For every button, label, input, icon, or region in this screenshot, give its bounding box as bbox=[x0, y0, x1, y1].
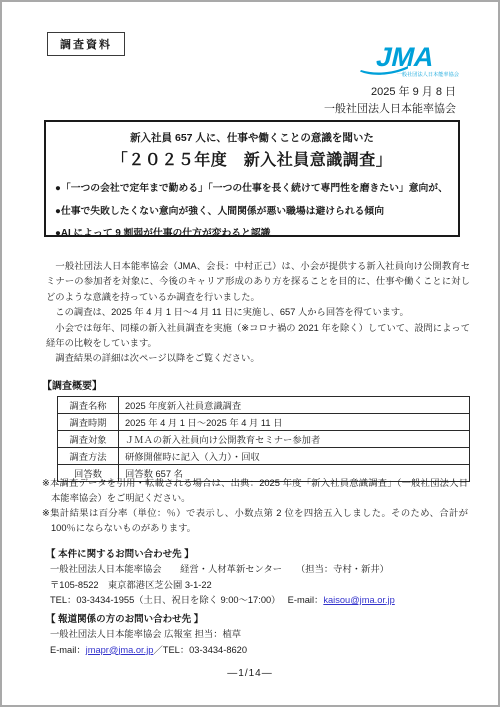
body-paragraph-1: 一般社団法人日本能率協会（JMA、会長：中村正己）は、小会が提供する新入社員向け… bbox=[46, 259, 470, 305]
jma-logo-graphic: JMA 一般社団法人日本能率協会 bbox=[358, 40, 460, 80]
row-label: 調査時期 bbox=[58, 414, 119, 431]
contact-general-tel: TEL：03-3434-1955（土日、祝日を除く 9:00～17:00） E-… bbox=[50, 595, 323, 605]
row-value: 研修開催時に記入（入力）・回収 bbox=[119, 448, 470, 465]
contact-press-section: 【 報道関係の方のお問い合わせ先 】 一般社団法人日本能率協会 広報室 担当：植… bbox=[46, 612, 247, 658]
contact-press-email-tel: E-mail：jmapr@jma.or.jp／TEL：03-3434-8620 bbox=[46, 643, 247, 658]
row-value: 2025 年 4 月 1 日～2025 年 4 月 11 日 bbox=[119, 414, 470, 431]
headline-bullet-2: ●仕事で失敗したくない意向が強く、人間関係が悪い職場は避けられる傾向 bbox=[55, 203, 450, 217]
page-number: ―1/14― bbox=[2, 668, 498, 679]
doc-type-label-box: 調査資料 bbox=[47, 32, 125, 56]
row-label: 調査方法 bbox=[58, 448, 119, 465]
body-paragraph-3: 小会では毎年、同様の新入社員調査を実施（※コロナ禍の 2021 年を除く）してい… bbox=[46, 321, 470, 352]
survey-overview-section: 【調査概要】 調査名称 2025 年度新入社員意識調査 調査時期 2025 年 … bbox=[42, 377, 470, 482]
contact-general-section: 【 本件に関するお問い合わせ先 】 一般社団法人日本能率協会 経営・人材革新セン… bbox=[46, 547, 395, 608]
survey-overview-table: 調査名称 2025 年度新入社員意識調査 調査時期 2025 年 4 月 1 日… bbox=[57, 396, 470, 482]
note-rounding: ※集計結果は百分率（単位：％）で表示し、小数点第 2 位を四捨五入しました。その… bbox=[42, 506, 468, 536]
headline-bullet-list: ●「一つの会社で定年まで勤める」「一つの仕事を長く続けて専門性を磨きたい」意向が… bbox=[55, 180, 450, 239]
contact-press-heading: 【 報道関係の方のお問い合わせ先 】 bbox=[46, 612, 247, 627]
email-link-kaisou[interactable]: kaisou@jma.or.jp bbox=[323, 595, 394, 605]
headline-subtitle: 新入社員 657 人に、仕事や働くことの意識を聞いた bbox=[46, 130, 458, 145]
headline-title: 「２０２５年度 新入社員意識調査」 bbox=[46, 147, 458, 170]
table-row: 調査方法 研修開催時に記入（入力）・回収 bbox=[58, 448, 470, 465]
doc-type-label: 調査資料 bbox=[60, 36, 112, 52]
contact-general-org: 一般社団法人日本能率協会 経営・人材革新センター （担当：寺村・新井） bbox=[46, 562, 395, 577]
email-link-jmapr[interactable]: jmapr@jma.or.jp bbox=[86, 645, 154, 655]
body-paragraphs: 一般社団法人日本能率協会（JMA、会長：中村正己）は、小会が提供する新入社員向け… bbox=[46, 259, 470, 367]
jma-logo: JMA 一般社団法人日本能率協会 bbox=[358, 40, 460, 85]
document-page: 調査資料 JMA 一般社団法人日本能率協会 2025 年 9 月 8 日 一般社… bbox=[0, 0, 500, 707]
contact-press-tel: ／TEL：03-3434-8620 bbox=[153, 645, 247, 655]
contact-general-heading: 【 本件に関するお問い合わせ先 】 bbox=[46, 547, 395, 562]
body-paragraph-2: この調査は、2025 年 4 月 1 日～4 月 11 日に実施し、657 人か… bbox=[46, 305, 470, 320]
row-label: 調査対象 bbox=[58, 431, 119, 448]
row-value: 2025 年度新入社員意識調査 bbox=[119, 397, 470, 414]
contact-press-email-label: E-mail： bbox=[50, 645, 86, 655]
contact-general-address: 〒105-8522 東京都港区芝公園 3-1-22 bbox=[46, 578, 395, 593]
row-label: 調査名称 bbox=[58, 397, 119, 414]
headline-bullet-3: ●AI によって 9 割弱が仕事の仕方が変わると認識 bbox=[55, 225, 450, 239]
survey-overview-heading: 【調査概要】 bbox=[42, 377, 470, 392]
headline-bullet-1: ●「一つの会社で定年まで勤める」「一つの仕事を長く続けて専門性を磨きたい」意向が… bbox=[55, 180, 450, 194]
table-row: 調査対象 ＪＭＡの新入社員向け公開教育セミナー参加者 bbox=[58, 431, 470, 448]
jma-logo-subtext: 一般社団法人日本能率協会 bbox=[397, 70, 460, 78]
contact-press-org: 一般社団法人日本能率協会 広報室 担当：植草 bbox=[46, 627, 247, 642]
release-date: 2025 年 9 月 8 日 bbox=[371, 83, 456, 99]
table-row: 調査名称 2025 年度新入社員意識調査 bbox=[58, 397, 470, 414]
body-paragraph-4: 調査結果の詳細は次ページ以降をご覧ください。 bbox=[46, 351, 470, 366]
note-citation: ※本調査データを引用・転載される場合は、出典：2025 年度「新入社員意識調査」… bbox=[42, 476, 468, 506]
row-value: ＪＭＡの新入社員向け公開教育セミナー参加者 bbox=[119, 431, 470, 448]
organization-name: 一般社団法人日本能率協会 bbox=[324, 100, 456, 116]
table-row: 調査時期 2025 年 4 月 1 日～2025 年 4 月 11 日 bbox=[58, 414, 470, 431]
notes-section: ※本調査データを引用・転載される場合は、出典：2025 年度「新入社員意識調査」… bbox=[42, 476, 468, 536]
headline-box: 新入社員 657 人に、仕事や働くことの意識を聞いた 「２０２５年度 新入社員意… bbox=[44, 120, 460, 237]
contact-general-tel-email: TEL：03-3434-1955（土日、祝日を除く 9:00～17:00） E-… bbox=[46, 593, 395, 608]
